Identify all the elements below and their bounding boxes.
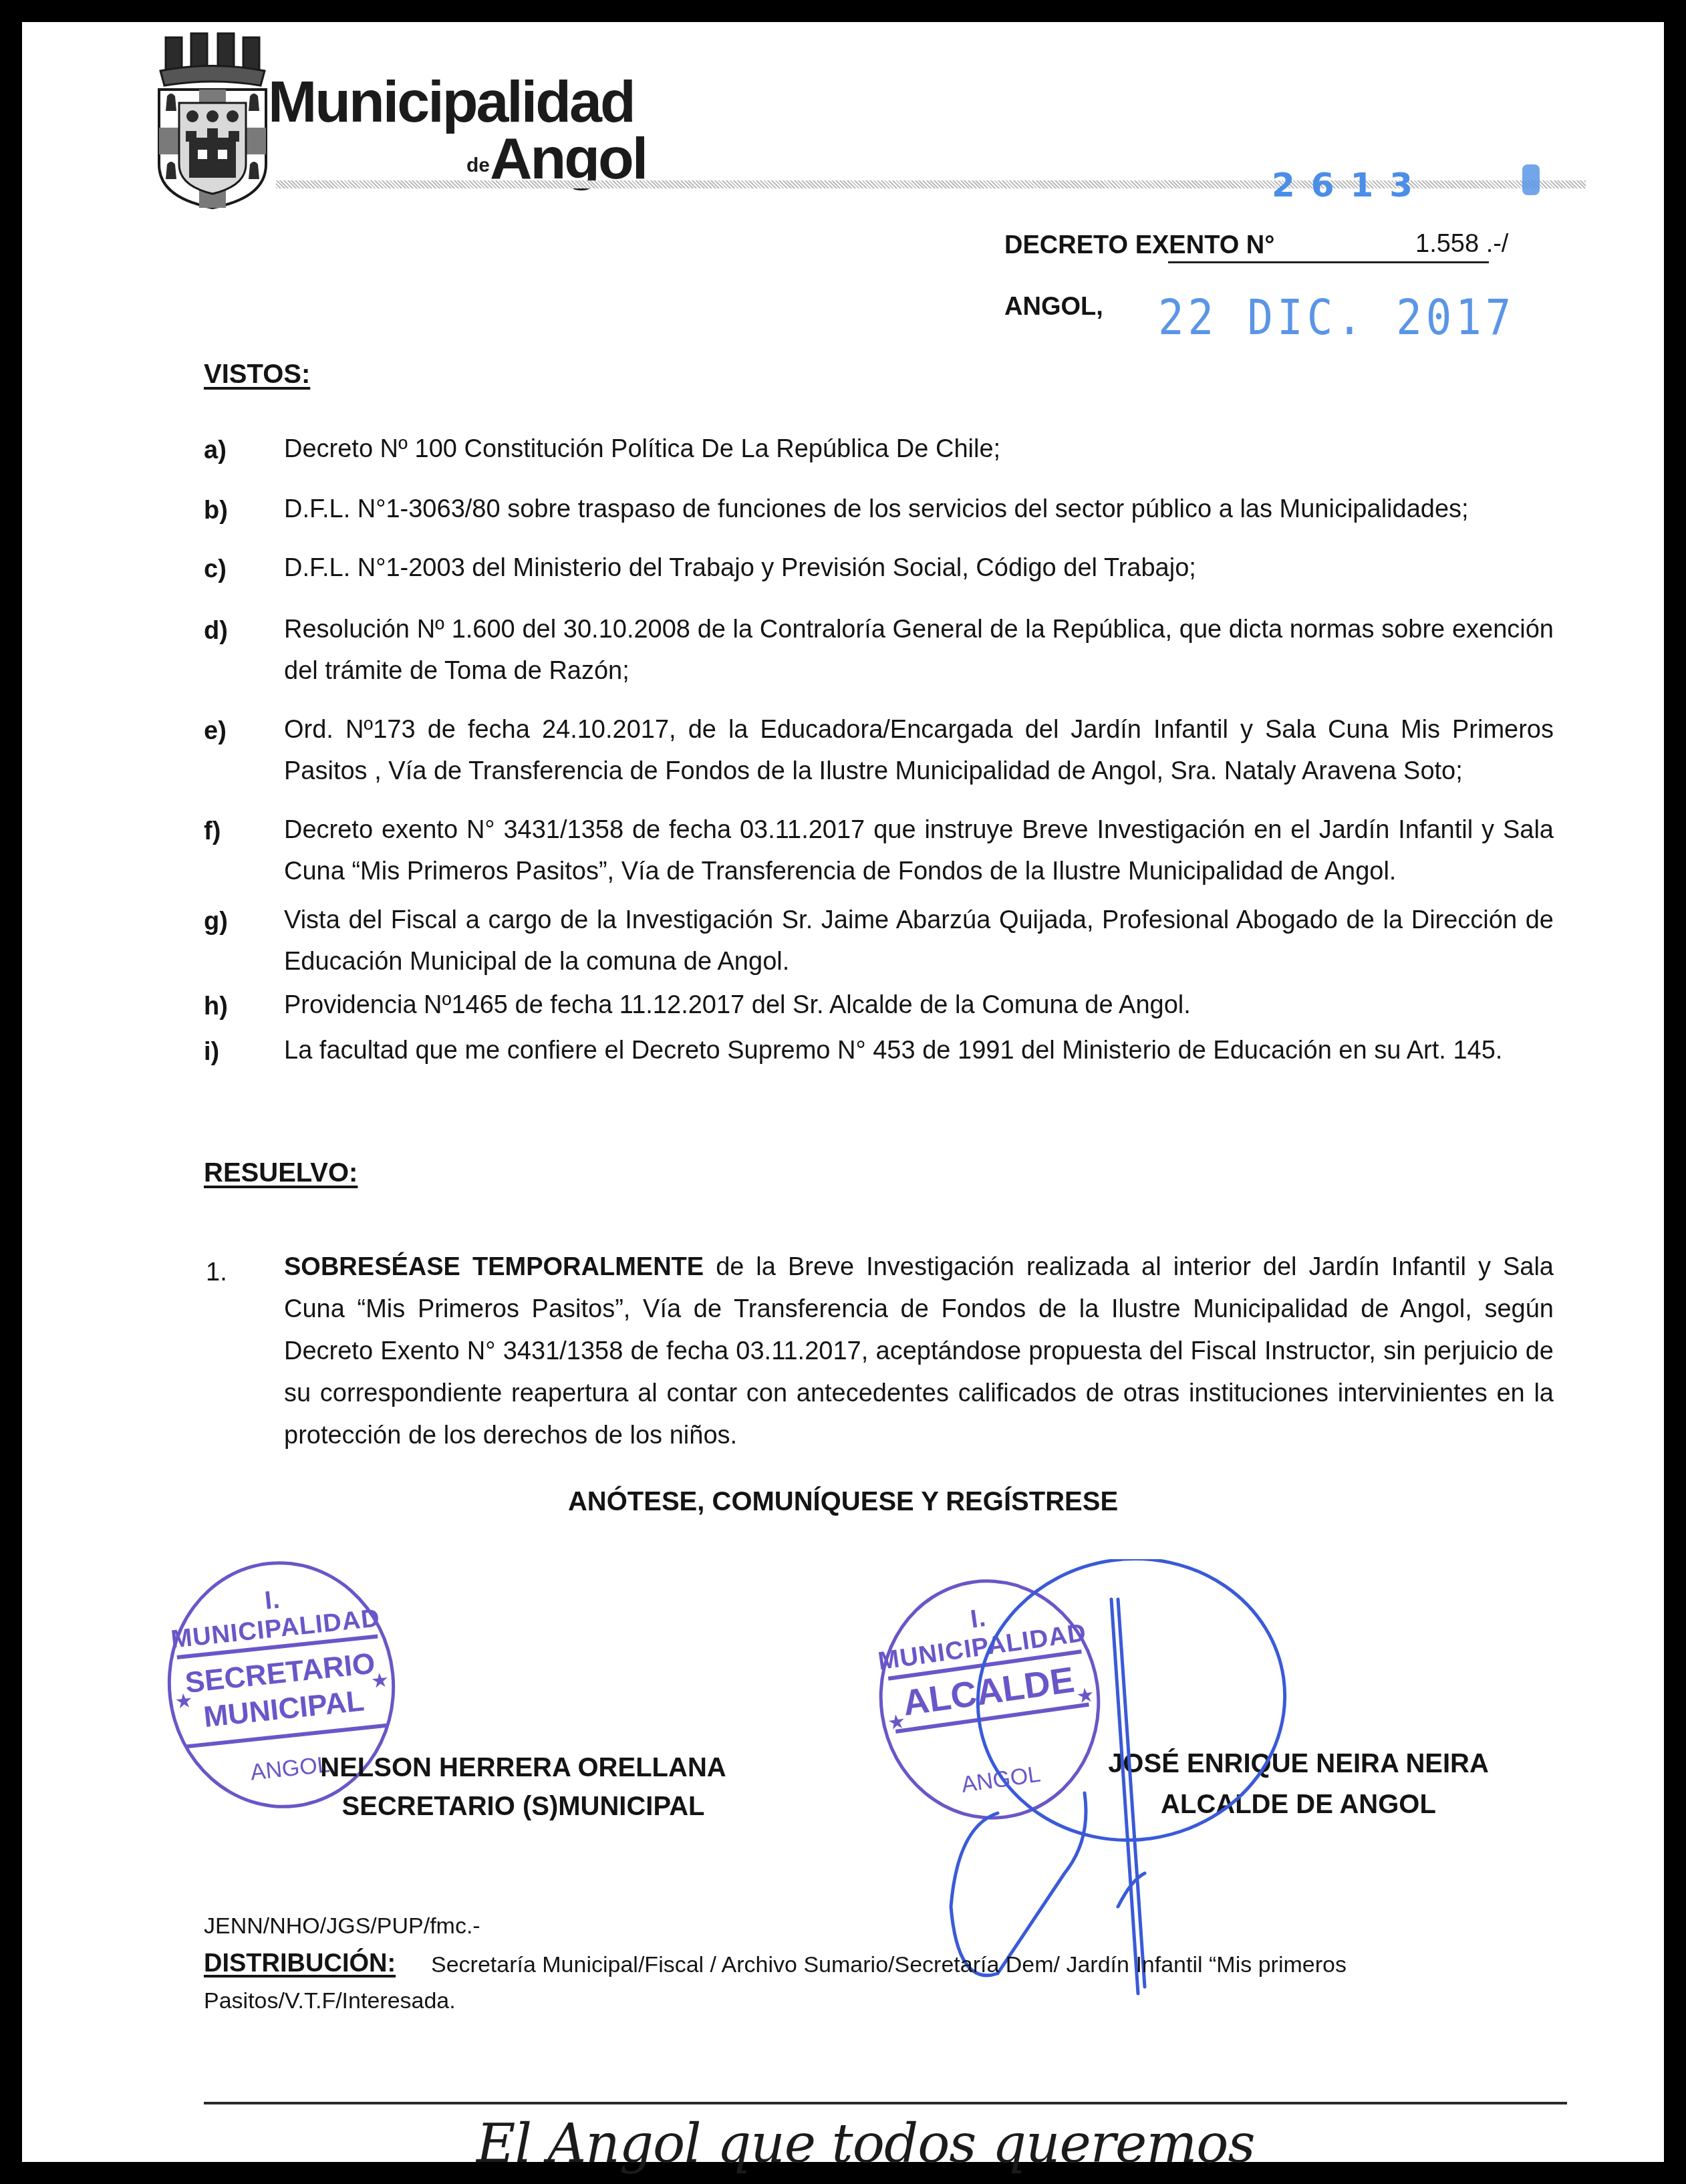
brand-name-de: de [466,154,490,177]
signatory-name: NELSON HERRERA ORELLANA [289,1753,757,1783]
registry-stamp-number: 2613 [1272,166,1429,204]
resuelvo-item-text: SOBRESÉASE TEMPORALMENTE de la Breve Inv… [284,1246,1554,1457]
vistos-item-text: Ord. Nº173 de fecha 24.10.2017, de la Ed… [284,709,1554,792]
distribution-list-continued: Pasitos/V.T.F/Interesada. [204,1988,456,2014]
footer-divider [204,2102,1567,2104]
resuelvo-item-body: de la Breve Investigación realizada al i… [284,1253,1554,1450]
star-icon: ★ [1075,1683,1096,1708]
seal-middle-text: SECRETARIO MUNICIPAL [177,1635,388,1749]
closing-formula: ANÓTESE, COMUNÍQUESE Y REGÍSTRESE [22,1487,1664,1517]
distribution-list: Secretaría Municipal/Fiscal / Archivo Su… [431,1952,1347,1978]
resuelvo-heading: RESUELVO: [204,1158,358,1188]
vistos-item-text: Resolución Nº 1.600 del 30.10.2008 de la… [284,609,1554,692]
vistos-item-letter: c) [204,555,227,584]
signatory-role: SECRETARIO (S)MUNICIPAL [289,1792,757,1822]
vistos-item-letter: g) [204,908,228,936]
registry-stamp-mark-icon [1522,164,1540,195]
vistos-item-text: D.F.L. N°1-3063/80 sobre traspaso de fun… [284,489,1554,530]
decreto-number: 1.558 .-/ [1415,230,1508,259]
vistos-item-text: Providencia Nº1465 de fecha 11.12.2017 d… [284,984,1554,1026]
brand-name-angol: Angol [490,129,646,188]
signatory-name: JOSÉ ENRIQUE NEIRA NEIRA [1065,1749,1532,1779]
decreto-number-underline [1168,261,1489,263]
resuelvo-item-lead: SOBRESÉASE TEMPORALMENTE [284,1253,704,1281]
vistos-item-letter: i) [204,1038,219,1067]
vistos-item-letter: e) [204,717,227,746]
vistos-item-text: D.F.L. N°1-2003 del Ministerio del Traba… [284,547,1554,589]
vistos-item-letter: b) [204,497,228,525]
document-page: Municipalidad de Angol 2613 DECRETO EXEN… [22,22,1664,2162]
decreto-label: DECRETO EXENTO N° [1004,231,1274,260]
vistos-item-text: Decreto Nº 100 Constitución Política De … [284,428,1554,470]
place-label: ANGOL, [1004,293,1103,321]
distribution-label: DISTRIBUCIÓN: [204,1949,396,1978]
brand-name-municipalidad: Municipalidad [268,72,634,131]
resuelvo-item-number: 1. [206,1258,227,1287]
signatory-role: ALCALDE DE ANGOL [1065,1790,1532,1820]
municipal-motto: El Angol que todos queremos [476,2112,1255,2175]
vistos-item-text: Vista del Fiscal a cargo de la Investiga… [284,900,1554,982]
vistos-heading: VISTOS: [204,360,310,390]
star-icon: ★ [370,1668,390,1693]
municipal-coat-of-arms-icon [146,31,279,211]
vistos-item-letter: d) [204,617,228,646]
vistos-item-letter: a) [204,436,227,465]
date-stamp: 22 DIC. 2017 [1158,289,1515,346]
vistos-item-text: Decreto exento N° 3431/1358 de fecha 03.… [284,809,1554,892]
vistos-item-letter: f) [204,817,221,846]
vistos-item-text: La facultad que me confiere el Decreto S… [284,1030,1554,1071]
vistos-item-letter: h) [204,992,228,1021]
reference-initials: JENN/NHO/JGS/PUP/fmc.- [204,1913,480,1939]
